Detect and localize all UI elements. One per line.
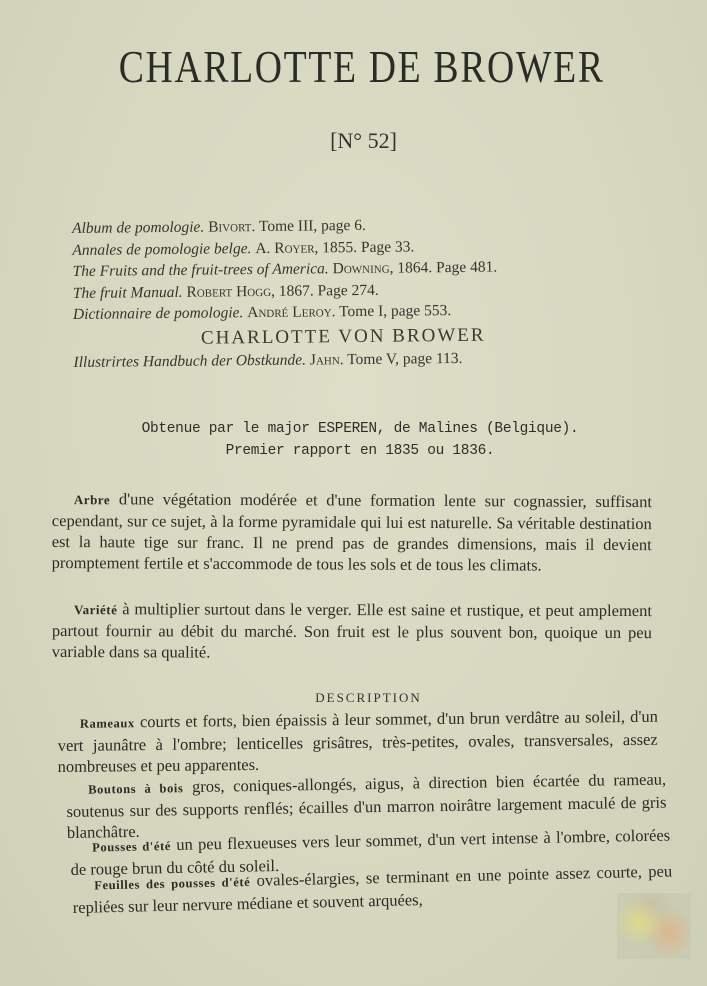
description-heading: DESCRIPTION	[0, 690, 707, 706]
reference-work: Album de pomologie.	[72, 219, 204, 237]
reference-author: Downing,	[333, 260, 394, 278]
reference-detail: 1855. Page 33.	[322, 238, 414, 256]
reference-author: Robert Hogg,	[186, 282, 275, 300]
description-lead: Rameaux	[80, 716, 135, 731]
reference-detail: Tome V, page 113.	[347, 350, 462, 368]
reference-work: Annales de pomologie belge.	[72, 240, 251, 259]
description-text: courts et forts, bien épaissis à leur so…	[58, 707, 658, 776]
reference-work: The fruit Manual.	[73, 283, 183, 301]
paragraph-arbre: Arbre d'une végétation modérée et d'une …	[52, 488, 652, 579]
synonym-reference-line: Illustrirtes Handbuch der Obstkunde. Jah…	[73, 346, 673, 374]
paragraph-lead: Arbre	[74, 492, 110, 507]
reference-work: Illustrirtes Handbuch der Obstkunde.	[73, 352, 306, 371]
paragraph-text: d'une végétation modérée et d'une format…	[52, 489, 652, 574]
reference-author: André Leroy.	[247, 303, 335, 321]
reference-detail: 1867. Page 274.	[279, 281, 379, 299]
origin-line-2: Premier rapport en 1835 ou 1836.	[90, 440, 630, 462]
entry-number: [N° 52]	[0, 128, 707, 154]
paragraph-lead: Variété	[74, 602, 118, 617]
description-item-rameaux: Rameaux courts et forts, bien épaissis à…	[58, 706, 658, 780]
reference-work: The Fruits and the fruit-trees of Americ…	[72, 260, 328, 280]
reference-work: Dictionnaire de pomologie.	[73, 304, 243, 323]
reference-detail: 1864. Page 481.	[397, 259, 497, 277]
reference-detail: Tome III, page 6.	[259, 217, 366, 235]
reference-author: Bivort.	[208, 218, 255, 235]
paragraph-variete: Variété à multiplier surtout dans le ver…	[52, 598, 652, 667]
page-title: CHARLOTTE DE BROWER	[64, 40, 644, 93]
origin-line-1: Obtenue par le major ESPEREN, de Malines…	[90, 418, 630, 440]
origin-note: Obtenue par le major ESPEREN, de Malines…	[90, 418, 630, 462]
reference-author: Jahn.	[310, 351, 344, 368]
description-lead: Boutons à bois	[88, 781, 183, 796]
scanned-page: CHARLOTTE DE BROWER [N° 52] Album de pom…	[0, 0, 707, 986]
faded-thumbnail-image	[617, 893, 691, 959]
description-lead: Feuilles des pousses d'été	[94, 875, 250, 893]
reference-detail: Tome I, page 553.	[339, 302, 451, 320]
description-lead: Pousses d'été	[92, 839, 171, 855]
reference-author: A. Royer,	[255, 239, 318, 257]
paragraph-text: à multiplier surtout dans le verger. Ell…	[52, 599, 652, 661]
bibliography-references: Album de pomologie. Bivort. Tome III, pa…	[72, 212, 674, 374]
